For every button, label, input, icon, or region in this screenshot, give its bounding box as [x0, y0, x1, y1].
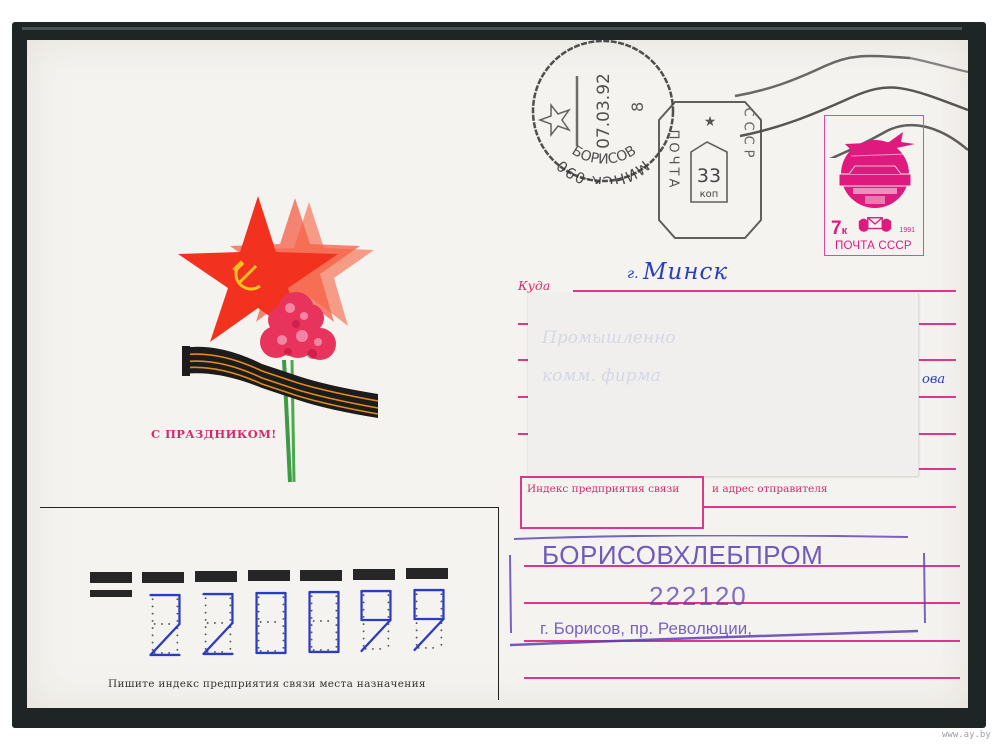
postal-index-digit — [358, 589, 394, 653]
sender-line-4 — [524, 677, 960, 679]
index-bar-3 — [195, 571, 237, 582]
envelope-emblem-icon — [857, 214, 893, 234]
sender-name: БОРИСОВХЛЕБПРОМ — [542, 540, 823, 571]
stamp-value: 7к — [831, 218, 847, 240]
watermark: www.ay.by — [942, 730, 991, 740]
index-bar-2 — [142, 572, 184, 583]
sender-address: г. Борисов, пр. Революции, — [540, 619, 752, 639]
index-bar-5 — [300, 570, 342, 581]
stamp-year: 1991 — [899, 227, 915, 234]
sender-zip: 222120 — [649, 581, 748, 612]
octagon-right-text: СССР — [741, 107, 756, 162]
obscured-handwriting: Промышленно комм. фирма — [542, 319, 676, 395]
postmark-slot: 8 — [628, 102, 647, 112]
octagon-unit: коп — [700, 189, 719, 200]
postal-index-caption: Пишите индекс предприятия связи места на… — [108, 678, 426, 690]
postal-index-digit — [253, 591, 289, 655]
sender-address-label: и адрес отправителя — [712, 483, 828, 495]
postal-index-digit — [411, 588, 447, 652]
postal-index-digit — [306, 590, 342, 654]
index-bar-1 — [90, 572, 132, 583]
octagonal-postage-stamp: ★ 33 коп ПОЧТА СССР — [655, 100, 765, 240]
airplane-ship-globe-icon — [831, 124, 919, 214]
index-bar-6 — [353, 569, 395, 580]
handwritten-fragment: ова — [922, 372, 945, 387]
stamp-country: ПОЧТА СССР — [835, 240, 912, 252]
index-bar-7 — [406, 568, 448, 579]
postmark-date: 07.03.92 — [594, 73, 614, 149]
postal-index-digit — [200, 592, 236, 656]
octagon-amount: 33 — [697, 165, 721, 187]
octagon-left-text: ПОЧТА — [666, 130, 681, 191]
sender-rubber-stamp: БОРИСОВХЛЕБПРОМ 222120 г. Борисов, пр. Р… — [508, 535, 928, 647]
address-line-1 — [573, 290, 956, 292]
handwritten-city: Минск — [643, 259, 728, 285]
star-carnation-artwork — [178, 190, 388, 490]
greeting-text: С ПРАЗДНИКОМ! — [151, 427, 277, 441]
sender-line-0 — [704, 506, 956, 508]
sender-index-label: Индекс предприятия связи — [527, 483, 679, 495]
handwritten-city-prefix: г. — [627, 266, 639, 282]
to-label: Куда — [518, 278, 550, 293]
index-bar-4 — [248, 570, 290, 581]
postal-index-digit — [147, 593, 183, 657]
printed-postage-stamp: 7к 1991 ПОЧТА СССР — [824, 115, 924, 256]
svg-text:★: ★ — [704, 114, 717, 130]
pasted-over-label: Промышленно комм. фирма — [528, 293, 919, 476]
index-bar-1b — [90, 590, 132, 597]
